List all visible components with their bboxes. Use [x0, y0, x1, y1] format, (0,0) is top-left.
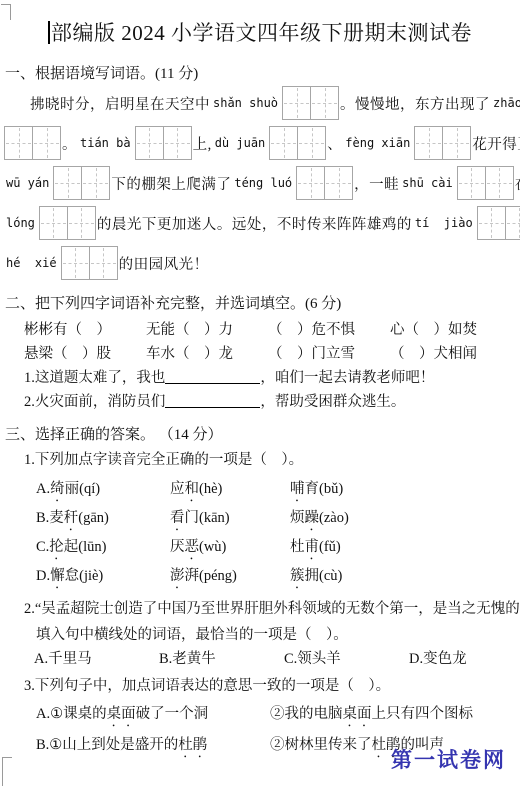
text-run: D. [36, 568, 50, 584]
sentence-text: 的晨光下更加迷人。远处，不时传来阵阵雄鸡的 [97, 213, 412, 234]
pinyin-hint: shū cài [402, 176, 453, 190]
option-item: B.麦秆(gān) [36, 506, 170, 534]
option-item: 应和(hè) [170, 477, 290, 505]
writing-grid [457, 166, 514, 200]
idiom-item: 车水（ ）龙 [146, 342, 268, 363]
grid-cell [297, 167, 324, 199]
emphasized-word: 恶 [185, 539, 200, 555]
question2-stem-line2: 填入句中横线处的词语，最恰当的一项是（ ）。 [0, 622, 520, 645]
grid-cell [54, 167, 81, 199]
option-item: ②我的电脑桌面上只有四个图标 [270, 702, 473, 730]
grid-cell [458, 167, 485, 199]
option-item: D.变色龙 [409, 647, 467, 668]
writing-grid [477, 206, 520, 240]
writing-grid [135, 126, 192, 160]
option-item: 哺育(bǔ) [290, 477, 343, 505]
writing-grid [282, 86, 339, 120]
writing-grid [269, 126, 326, 160]
text-run: 湃(péng) [185, 568, 237, 584]
paragraph-line-1: 拂晓时分，启明星在天空中shǎn shuò。慢慢地，东方出现了zhāo xiá [0, 83, 520, 123]
question3-stem: 3.下列句子中，加点词语表达的意思一致的一项是（ ）。 [0, 673, 520, 696]
paragraph-line-5: hé xié的田园风光！ [0, 243, 520, 283]
grid-cell [67, 207, 95, 239]
text-run: (hè) [199, 481, 222, 497]
section3-heading: 三、选择正确的答案。 （14 分） [0, 423, 520, 444]
writing-grid [4, 126, 61, 160]
option-item: A.绮丽(qí) [36, 477, 170, 505]
grid-cell [32, 127, 60, 159]
sentence-text: 、 [327, 133, 342, 154]
idiom-item: 彬彬有（ ） [24, 318, 146, 339]
option-item: A.①课桌的桌面破了一个洞 [36, 702, 270, 730]
fill-blank-line-2: 2.火灾面前，消防员们，帮助受困群众逃生。 [0, 388, 520, 412]
section2-heading: 二、把下列四字词语补充完整，并选词填空。(6 分) [0, 292, 520, 313]
q1-option-row-c: C.抡起(lūn) 厌恶(wù) 杜甫(fǔ) [0, 534, 520, 563]
q1-option-row-a: A.绮丽(qí) 应和(hè) 哺育(bǔ) [0, 476, 520, 505]
sentence-text: 2.火灾面前，消防员们 [24, 390, 165, 411]
pinyin-hint: hé xié [6, 256, 57, 270]
fill-blank-line-1: 1.这道题太难了，我也，咱们一起去请教老师吧！ [0, 364, 520, 388]
paragraph-line-4: lóng的晨光下更加迷人。远处，不时传来阵阵雄鸡的tí jiào。 好一派 [0, 203, 520, 243]
text-run: 丽(qí) [65, 481, 100, 497]
text-run: (fǔ) [319, 539, 341, 555]
page-title-text: 部编版 2024 小学语文四年级下册期末测试卷 [51, 21, 472, 45]
text-run: 破了一个洞 [136, 706, 209, 722]
option-item: 烦躁(zào) [290, 506, 349, 534]
text-run: 起(lūn) [64, 539, 107, 555]
option-item: C.领头羊 [284, 647, 409, 668]
pinyin-hint: dù juān [215, 136, 266, 150]
sentence-text: ，一畦 [354, 173, 399, 194]
sentence-text: 上, [193, 133, 212, 154]
text-run: (zào) [319, 510, 349, 526]
emphasized-word: 桌面 [107, 706, 136, 722]
q2-option-row: A.千里马 B.老黄牛 C.领头羊 D.变色龙 [0, 645, 520, 670]
text-run: B.①山上到处是盛开的 [36, 737, 178, 753]
grid-cell [136, 127, 163, 159]
grid-cell [324, 167, 352, 199]
page-title: 部编版 2024 小学语文四年级下册期末测试卷 [0, 0, 520, 47]
q3-option-row-a: A.①课桌的桌面破了一个洞 ②我的电脑桌面上只有四个图标 [0, 700, 520, 731]
grid-cell [478, 207, 505, 239]
writing-grid [53, 166, 110, 200]
sentence-text: 在 [515, 173, 520, 194]
text-cursor [48, 21, 50, 44]
text-run: 怠(jiè) [65, 568, 104, 584]
grid-cell [442, 127, 470, 159]
sentence-text: 1.这道题太难了，我也 [24, 366, 165, 387]
grid-cell [81, 167, 109, 199]
pinyin-hint: tián bà [80, 136, 131, 150]
margin-mark-top-left-icon [1, 4, 11, 20]
idiom-row-1: 彬彬有（ ） 无能（ ）力 （ ）危不惧 心（ ）如焚 [0, 316, 520, 340]
grid-cell [89, 247, 117, 279]
sentence-text: 。慢慢地，东方出现了 [340, 93, 490, 114]
option-item: 簇拥(cù) [290, 564, 342, 592]
writing-grid [61, 246, 118, 280]
writing-grid [414, 126, 471, 160]
text-run: ②树林里传来了 [270, 737, 372, 753]
text-run: (wù) [199, 539, 226, 555]
idiom-item: （ ）危不惧 [268, 318, 390, 339]
emphasized-word: 哺 [290, 481, 305, 497]
grid-cell [310, 87, 338, 119]
sentence-text: 拂晓时分，启明星在天空中 [30, 93, 210, 114]
document-page: 部编版 2024 小学语文四年级下册期末测试卷 一、根据语境写词语。(11 分)… [0, 0, 520, 786]
text-run: ②我的电脑 [270, 706, 343, 722]
pinyin-hint: tí jiào [415, 216, 473, 230]
text-run: 上只有四个图标 [372, 706, 474, 722]
paragraph-line-3: wū yán下的棚架上爬满了téng luó，一畦shū cài在méng [0, 163, 520, 203]
q1-option-row-b: B.麦秆(gān) 看门(kān) 烦躁(zào) [0, 505, 520, 534]
emphasized-word: 抡 [49, 539, 64, 555]
grid-cell [505, 207, 520, 239]
option-item: B.老黄牛 [159, 647, 284, 668]
pinyin-hint: zhāo xiá [493, 96, 520, 110]
question2-stem: 2.“吴孟超院士创造了中国乃至世界肝胆外科领域的无数个第一，是当之无愧的。 [0, 596, 520, 619]
q1-option-row-d: D.懈怠(jiè) 澎湃(péng) 簇拥(cù) [0, 563, 520, 592]
option-item: 看门(kān) [170, 506, 290, 534]
text-run: 厌 [170, 539, 185, 555]
pinyin-hint: shǎn shuò [213, 96, 278, 110]
option-item: A.千里马 [34, 647, 159, 668]
emphasized-word: 簇 [290, 568, 305, 584]
grid-cell [485, 167, 513, 199]
text-run: 杜 [290, 539, 305, 555]
sentence-text: ，帮助受困群众逃生。 [260, 390, 405, 411]
emphasized-word: 秆 [64, 510, 79, 526]
emphasized-word: 躁 [305, 510, 320, 526]
text-run: 拥(cù) [305, 568, 343, 584]
idiom-item: 心（ ）如焚 [390, 318, 477, 339]
watermark: 第一试卷网 [391, 744, 506, 774]
emphasized-word: 懈 [50, 568, 65, 584]
text-run: A.①课桌的 [36, 706, 107, 722]
writing-grid [296, 166, 353, 200]
text-run: (gān) [78, 510, 109, 526]
text-run: 应 [170, 481, 185, 497]
option-item: D.懈怠(jiè) [36, 564, 170, 592]
text-run: 烦 [290, 510, 305, 526]
grid-cell [415, 127, 442, 159]
pinyin-hint: lóng [6, 216, 35, 230]
sentence-text: 2.“吴孟超院士创造了中国乃至世界肝胆外科领域的无数个第一，是当之无愧的 [24, 597, 520, 618]
text-run: A. [36, 481, 50, 497]
idiom-row-2: 悬梁（ ）股 车水（ ）龙 （ ）门立雪 （ ）犬相闻 [0, 340, 520, 364]
answer-blank [165, 368, 260, 384]
grid-cell [5, 127, 32, 159]
text-run: 门(kān) [185, 510, 230, 526]
option-item: C.抡起(lūn) [36, 535, 170, 563]
pinyin-hint: fèng xiān [345, 136, 410, 150]
question1-stem: 1.下列加点字读音完全正确的一项是（ ）。 [0, 447, 520, 470]
grid-cell [270, 127, 297, 159]
sentence-text: ，咱们一起去请教老师吧！ [260, 366, 434, 387]
text-run: 育(bǔ) [305, 481, 344, 497]
idiom-item: 悬梁（ ）股 [24, 342, 146, 363]
emphasized-word: 和 [185, 481, 200, 497]
paragraph-line-2: 。tián bà上,dù juān、fèng xiān花开得正精神。 [0, 123, 520, 163]
grid-cell [283, 87, 310, 119]
sentence-text: 的田园风光！ [119, 253, 209, 274]
grid-cell [40, 207, 67, 239]
text-run: C. [36, 539, 49, 555]
margin-mark-bottom-left-icon [2, 757, 12, 786]
option-item: 澎湃(péng) [170, 564, 290, 592]
emphasized-word: 桌面 [343, 706, 372, 722]
option-item: B.①山上到处是盛开的杜鹃 [36, 733, 270, 761]
text-run: B.麦 [36, 510, 64, 526]
sentence-text: 下的棚架上爬满了 [111, 173, 231, 194]
emphasized-word: 杜鹃 [178, 737, 207, 753]
option-item: 厌恶(wù) [170, 535, 290, 563]
sentence-text: 。 [62, 133, 77, 154]
idiom-item: （ ）犬相闻 [390, 342, 477, 363]
grid-cell [62, 247, 89, 279]
pinyin-hint: téng luó [234, 176, 292, 190]
emphasized-word: 绮 [50, 481, 65, 497]
grid-cell [163, 127, 191, 159]
emphasized-word: 澎 [170, 568, 185, 584]
answer-blank [165, 392, 260, 408]
emphasized-word: 甫 [305, 539, 320, 555]
option-item: 杜甫(fǔ) [290, 535, 341, 563]
idiom-item: （ ）门立雪 [268, 342, 390, 363]
idiom-item: 无能（ ）力 [146, 318, 268, 339]
emphasized-word: 看 [170, 510, 185, 526]
sentence-text: 花开得正精神。 [472, 133, 520, 154]
writing-grid [39, 206, 96, 240]
pinyin-hint: wū yán [6, 176, 49, 190]
grid-cell [297, 127, 325, 159]
section1-heading: 一、根据语境写词语。(11 分) [0, 62, 520, 83]
